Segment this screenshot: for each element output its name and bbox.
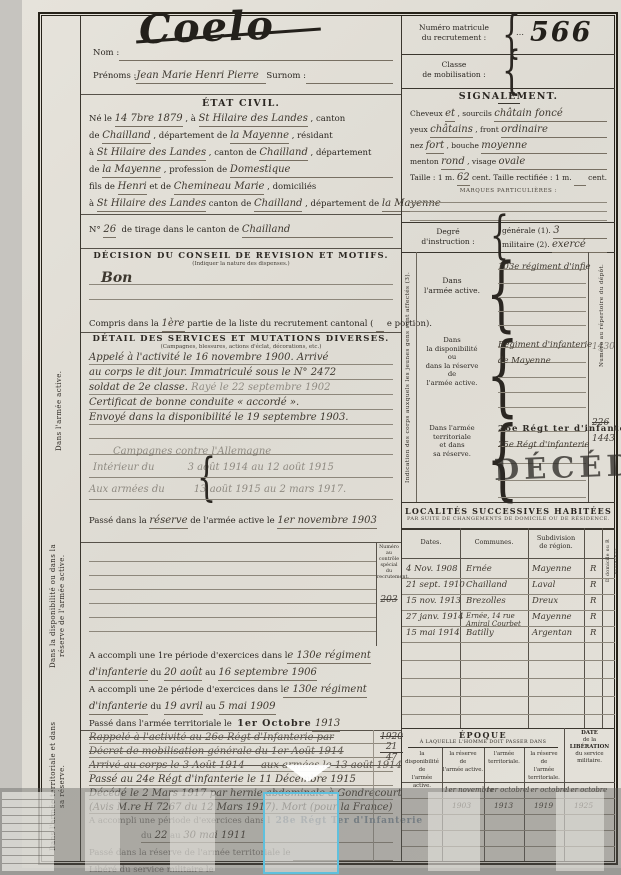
interieur-label: Intérieur du: [93, 462, 154, 473]
text-segment: et: [445, 106, 455, 122]
text-segment: Henri: [118, 179, 147, 195]
matricule-value: 566: [530, 17, 592, 48]
epoque-col-header: la réservedel'arméeterritoriale.: [524, 750, 564, 782]
classe-label: Classe de mobilisation :: [408, 60, 500, 80]
text-segment: , canton: [308, 112, 345, 127]
text-segment: A accompli une 2e période d'exercices da…: [89, 683, 283, 698]
col-header-domicile-residence: D domicile ou R résidence.: [604, 532, 621, 588]
blank-rule: [498, 284, 586, 298]
header-section: Coelo Nom : Prénoms : Jean Marie Henri P…: [81, 16, 401, 95]
document-frame: Dans l'armée active. Dans la disponibili…: [38, 12, 618, 865]
blank-rule: [498, 312, 586, 326]
signalement-title: SIGNALEMENT.: [402, 91, 615, 102]
left-margin-column: Dans l'armée active. Dans la disponibili…: [42, 16, 81, 861]
service-line: au corps le dit jour. Immatriculé sous l…: [89, 365, 393, 380]
text-segment: 26: [103, 222, 116, 238]
epoque-title: ÉPOQUE: [402, 730, 564, 740]
signalement-row: nez fort , bouche moyenne: [410, 138, 607, 154]
text-segment: Chailland: [254, 196, 302, 212]
etat-civil-line: Né le 14 7bre 1879 , à St Hilaire des La…: [89, 111, 393, 127]
nom-line: Nom :: [93, 46, 393, 61]
text-segment: [525, 159, 607, 170]
etat-civil-line: à St Hilaire des Landes , canton de Chai…: [89, 145, 393, 161]
text-segment: [290, 167, 393, 178]
text-segment: de tirage dans le canton de: [116, 223, 242, 238]
text-segment: , département: [308, 146, 372, 161]
corps-left-strip-line: [416, 252, 417, 502]
text-segment: [574, 175, 586, 186]
periode-line: d'infanterie du 20 août au 16 septembre …: [89, 665, 393, 681]
text-segment: 20 août: [164, 665, 202, 681]
text-segment: Domestique: [230, 162, 291, 178]
etat-civil-title: ÉTAT CIVIL.: [81, 98, 401, 109]
text-segment: au: [203, 700, 219, 715]
blank-rule: [498, 270, 586, 284]
corps-active-entry: 103e régiment d'infie: [498, 262, 591, 272]
text-segment: Taille : 1 m.: [410, 170, 457, 185]
text-segment: , canton de: [206, 146, 259, 161]
periode-line: A accompli une 1re période d'exercices d…: [89, 648, 393, 664]
text-segment: Rayé le 22 septembre 1902: [191, 380, 330, 395]
text-segment: ovale: [499, 154, 526, 170]
text-segment: Chailland: [242, 222, 290, 238]
text-segment: Envoyé dans la disponibilité le 19 septe…: [89, 410, 349, 425]
prenoms-line: Prénoms : Jean Marie Henri Pierre Surnom…: [93, 68, 393, 84]
surnom-fill: [306, 73, 393, 84]
decision-section: DÉCISION DU CONSEIL DE REVISION ET MOTIF…: [81, 248, 401, 314]
periode-line: A accompli une 2e période d'exercices da…: [89, 682, 393, 698]
repertoire-number: 226: [592, 418, 609, 428]
corps-terr-entry: 25e Régt d'infanterie: [498, 440, 589, 450]
blank-rule: [498, 298, 586, 312]
empty-row-rule: [402, 714, 615, 715]
right-column: Numéro matricule du recrutement : { … 56…: [401, 16, 615, 861]
decision-title: DÉCISION DU CONSEIL DE REVISION ET MOTIF…: [81, 251, 401, 261]
service-line: Certificat de bonne conduite « accordé »…: [89, 395, 393, 410]
text-segment: Né le: [89, 112, 115, 127]
text-segment: 16 septembre 1906: [218, 665, 317, 681]
table-header-rule: [402, 558, 615, 559]
text-segment: 1er novembre 1903: [277, 513, 376, 529]
blank-rule: [89, 425, 393, 439]
controle-special-column: Numéro au contrôle spécial du recrutemen…: [376, 542, 401, 646]
text-segment: Rappelé à l'activité au 26e Régt d'Infan…: [89, 730, 334, 745]
degre-militaire: militaire (2). exercé: [502, 237, 607, 253]
text-segment: St Hilaire des Landes: [97, 196, 206, 212]
prenoms-value: Jean Marie Henri Pierre: [136, 68, 266, 84]
text-segment: Décret de mobilisation générale du 1er A…: [89, 744, 344, 759]
text-segment: Arrivé au corps le 3 Août 1914 — aux arm…: [89, 758, 402, 773]
corps-active-label: Dans l'armée active.: [420, 276, 484, 296]
text-segment: châtains: [430, 122, 473, 138]
text-segment: la Mayenne: [102, 162, 161, 178]
localites-section: LOCALITÉS SUCCESSIVES HABITÉES PAR SUITE…: [402, 502, 615, 729]
mobilisation-line: Arrivé au corps le 3 Août 1914 — aux arm…: [89, 758, 393, 772]
blank-rule: [410, 194, 607, 203]
text-segment: , département de: [151, 129, 230, 144]
tirage-line: N° 26 de tirage dans le canton de Chaill…: [89, 222, 393, 238]
blank-rule: [89, 285, 393, 300]
text-segment: générale (1).: [502, 223, 553, 238]
text-segment: , front: [473, 122, 501, 137]
text-segment: N°: [89, 223, 103, 238]
margin-number: 47: [380, 752, 403, 763]
etat-civil-section: ÉTAT CIVIL. Né le 14 7bre 1879 , à St Hi…: [81, 94, 401, 215]
tirage-section: N° 26 de tirage dans le canton de Chaill…: [81, 214, 401, 249]
text-segment: e 130e régiment: [283, 682, 366, 698]
signalement-row: Cheveux et , sourcils châtain foncé: [410, 106, 607, 122]
text-segment: cent. Taille rectifiée : 1 m.: [470, 170, 574, 185]
text-segment: exercé: [552, 237, 586, 253]
scanned-paper: Dans l'armée active. Dans la disponibili…: [22, 0, 621, 868]
epoque-subtitle: À LAQUELLE L'HOMME DOIT PASSER DANS: [408, 740, 558, 748]
corps-dispo-entry: de Mayenne: [498, 356, 551, 366]
passe-reserve-line: Passé dans la réserve de l'armée active …: [89, 513, 393, 529]
overlay-thumbnail-strip: [2, 792, 54, 871]
text-segment: , visage: [465, 154, 499, 169]
text-segment: [290, 227, 393, 238]
repertoire-number: 1443: [592, 434, 615, 444]
text-segment: Passé dans la: [89, 514, 149, 529]
taille-row: Taille : 1 m. 62 cent. Taille rectifiée …: [410, 170, 607, 186]
localites-subtitle: PAR SUITE DE CHANGEMENTS DE DOMICILE OU …: [402, 516, 615, 522]
text-segment: [376, 321, 384, 332]
service-line: Envoyé dans la disponibilité le 19 septe…: [89, 410, 393, 425]
text-segment: [527, 143, 607, 154]
text-segment: ordinaire: [501, 122, 548, 138]
selection-highlight-box[interactable]: [263, 792, 339, 874]
blank-rule: [498, 393, 586, 408]
decision-value: Bon: [101, 270, 132, 286]
text-segment: cent.: [586, 170, 607, 185]
col-header-communes: Communes.: [460, 538, 528, 546]
text-segment: , département de: [302, 197, 381, 212]
ruled-lines: [89, 548, 377, 642]
service-line: Appelé à l'activité le 16 novembre 1900.…: [89, 350, 393, 365]
corps-terr-label: Dans l'armée territoriale et dans sa rés…: [420, 424, 484, 458]
compris-section: Compris dans la 1ère partie de la liste …: [81, 314, 401, 333]
text-segment: du: [148, 700, 164, 715]
text-segment: réserve: [149, 513, 187, 529]
periodes-section: A accompli une 1re période d'exercices d…: [81, 646, 401, 731]
text-segment: , bouche: [444, 138, 481, 153]
text-segment: moyenne: [481, 138, 527, 154]
periode-line: d'infanterie du 19 avril au 5 mai 1909: [89, 699, 393, 715]
empty-row-rule: [402, 678, 615, 679]
text-segment: et de: [147, 180, 174, 195]
compris-line: Compris dans la 1ère partie de la liste …: [89, 316, 393, 332]
etat-civil-line: de la Mayenne , profession de Domestique: [89, 162, 393, 178]
repertoire-number: 1430: [592, 342, 615, 352]
signalement-row: menton rond , visage ovale: [410, 154, 607, 170]
text-segment: 14 7bre 1879: [115, 111, 183, 127]
armees-label: Aux armées du: [89, 484, 165, 495]
armees-dates: 13 août 1915 au 2 mars 1917.: [194, 484, 346, 495]
localites-table: Dates. Communes. Subdivision de région. …: [402, 528, 615, 728]
text-segment: châtain foncé: [494, 106, 562, 122]
text-segment: Certificat de bonne conduite « accordé »…: [89, 395, 299, 410]
text-segment: e 130e régiment: [287, 648, 370, 664]
blank-ruled-section: Numéro au contrôle spécial du recrutemen…: [81, 542, 401, 646]
text-segment: rond: [441, 154, 465, 170]
mobilisation-line: Passé au 24e Régt d'infanterie le 11 Déc…: [89, 772, 393, 786]
scanned-military-register-page: { "glyphs": { "brace": "{" }, "header": …: [0, 0, 621, 875]
etat-civil-line: de Chailland , département de la Mayenne…: [89, 128, 393, 144]
degre-label: Degré d'instruction :: [408, 227, 488, 247]
text-segment: St Hilaire des Landes: [97, 145, 206, 161]
text-segment: canton de: [206, 197, 254, 212]
text-segment: 1ère: [162, 316, 185, 332]
epoque-col-header: la réservedel'armée active.: [442, 750, 484, 774]
epoque-header: ÉPOQUE À LAQUELLE L'HOMME DOIT PASSER DA…: [402, 730, 564, 748]
text-segment: d'infanterie: [89, 699, 148, 715]
text-segment: nez: [410, 138, 426, 153]
text-segment: 1er Octobre: [237, 716, 311, 731]
text-segment: partie de la liste du recrutement canton…: [185, 317, 377, 332]
bottom-overlay-band: [0, 788, 621, 875]
mobilisation-line: Rappelé à l'activité au 26e Régt d'Infan…: [89, 730, 393, 744]
mobilisation-line: Décret de mobilisation générale du 1er A…: [89, 744, 393, 758]
text-segment: Chemineau Marie: [174, 179, 265, 195]
col-header-dates: Dates.: [402, 538, 460, 546]
text-segment: à: [89, 197, 97, 212]
overlay-strip: [85, 792, 120, 871]
text-segment: fils de: [89, 180, 118, 195]
epoque-date-header: DATE de la LIBÉRATION du service militai…: [564, 730, 615, 765]
text-segment: de: [89, 163, 102, 178]
text-segment: Appelé à l'activité le 16 novembre 1900.…: [89, 350, 328, 365]
interieur-dates: 3 août 1914 au 12 août 1915: [188, 462, 334, 473]
surnom-label: Surnom :: [266, 69, 306, 84]
localites-title: LOCALITÉS SUCCESSIVES HABITÉES: [402, 506, 615, 516]
margin-label-disponibilite: Dans la disponibilité ou dans la réserve…: [49, 536, 71, 676]
classe-box: Classe de mobilisation : {: [402, 54, 615, 89]
matricule-label: Numéro matricule du recrutement :: [408, 23, 500, 43]
text-segment: 19 avril: [164, 699, 203, 715]
text-segment: Compris dans la: [89, 317, 162, 332]
pointer-marker-icon: [285, 765, 331, 782]
margin-number: 1920: [380, 732, 403, 742]
etat-civil-line: à St Hilaire des Landes canton de Chaill…: [89, 196, 393, 212]
services-title: DÉTAIL DES SERVICES ET MUTATIONS DIVERSE…: [81, 334, 401, 344]
text-segment: 62: [457, 170, 470, 186]
text-segment: yeux: [410, 122, 430, 137]
text-segment: d'infanterie: [89, 665, 148, 681]
text-segment: de l'armée active le: [188, 514, 278, 529]
title-rule: [498, 103, 520, 104]
margin-fraction: 1920 21 47: [380, 732, 403, 763]
overlay-strip: [556, 792, 604, 871]
text-segment: , résidant: [289, 129, 333, 144]
overlay-strip: [428, 792, 480, 871]
margin-number: 21: [380, 742, 403, 752]
text-segment: fort: [426, 138, 445, 154]
nom-label: Nom :: [93, 46, 119, 61]
text-segment: , sourcils: [455, 106, 494, 121]
text-segment: Chailland: [259, 145, 307, 161]
text-segment: du: [148, 666, 164, 681]
text-segment: Cheveux: [410, 106, 445, 121]
text-segment: Chailland: [102, 128, 150, 144]
main-column: Coelo Nom : Prénoms : Jean Marie Henri P…: [81, 16, 401, 861]
col-header-subdivision: Subdivision de région.: [528, 534, 584, 550]
corps-right-rotated-label: Numéro au répertoire du dépôt.: [598, 260, 607, 370]
text-segment: St Hilaire des Landes: [199, 111, 308, 127]
text-segment: [548, 127, 607, 138]
etat-civil-line: fils de Henri et de Chemineau Marie , do…: [89, 179, 393, 195]
text-segment: , à: [183, 112, 199, 127]
text-segment: la Mayenne: [230, 128, 289, 144]
signalement-section: SIGNALEMENT. Cheveux et , sourcils châta…: [402, 88, 615, 223]
text-segment: soldat de 2e classe.: [89, 380, 191, 395]
prenoms-label: Prénoms :: [93, 69, 136, 84]
nom-fill: [119, 50, 393, 61]
text-segment: A accompli une 1re période d'exercices d…: [89, 649, 287, 664]
service-line: soldat de 2e classe. Rayé le 22 septembr…: [89, 380, 393, 395]
corps-section: Indication des corps auxquels les jeunes…: [402, 252, 615, 503]
controle-special-value: 203: [377, 595, 401, 605]
document-frame-inner: Dans l'armée active. Dans la disponibili…: [41, 15, 615, 862]
text-segment: [563, 111, 607, 122]
text-segment: 5 mai 1909: [219, 699, 276, 715]
text-segment: menton: [410, 154, 441, 169]
overlay-strip: [170, 792, 215, 871]
corps-left-rotated-label: Indication des corps auxquels les jeunes…: [404, 262, 413, 492]
blank-rule: [498, 378, 586, 393]
matricule-dots: …: [516, 28, 524, 37]
text-segment: , profession de: [161, 163, 230, 178]
text-segment: de: [89, 129, 102, 144]
signalement-row: yeux châtains , front ordinaire: [410, 122, 607, 138]
text-segment: , domiciliés: [264, 180, 316, 195]
text-segment: à: [89, 146, 97, 161]
services-section: DÉTAIL DES SERVICES ET MUTATIONS DIVERSE…: [81, 332, 401, 543]
text-segment: au: [202, 666, 218, 681]
text-segment: au corps le dit jour. Immatriculé sous l…: [89, 365, 336, 380]
epoque-col-header: l'arméeterritoriale.: [484, 750, 524, 766]
decede-stamp: DÉCÉDÉ: [493, 447, 621, 487]
margin-label-armee-active: Dans l'armée active.: [55, 316, 64, 506]
controle-special-header: Numéro au contrôle spécial du recrutemen…: [377, 545, 401, 581]
corps-dispo-label: Dans la disponibilité ou dans la réserve…: [420, 336, 484, 387]
empty-row-rule: [402, 696, 615, 697]
empty-row-rule: [402, 660, 615, 661]
